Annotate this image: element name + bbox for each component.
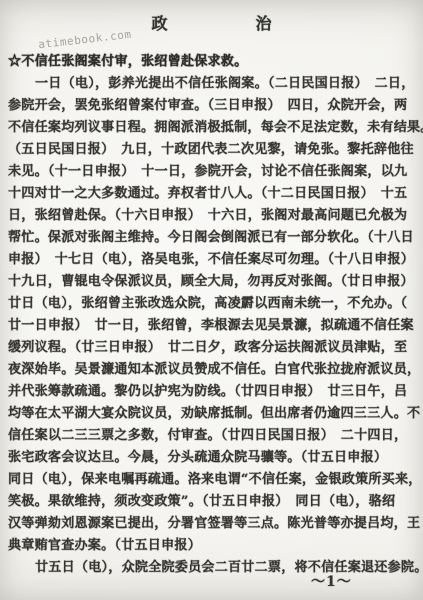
body-line: 夜深始毕。吴景濂通知本派议员赞成不信任。白官代张拉拢府派议员， [8, 359, 417, 381]
entry-headline: ☆不信任张阁案付审，张绍曾赴保求救。 [8, 51, 417, 73]
title-char-left: 政 [151, 11, 167, 34]
body-line: 张宅政客会议达旦。今晨，分头疏通众院马骧等。（廿五日申报） [8, 447, 417, 469]
body-line: 帮忙。保派对张阁主维持。今日阁会倒阁派已有一部分软化。（十八日 [8, 227, 417, 249]
body-line: 申报） 十七日（电），洛吴电张，不信任案尽可勿理。（十八日申报） [8, 249, 417, 271]
body-line: 日，张绍曾赴保。（十六日申报） 十六日，张阁对最高问题已允极为 [8, 205, 417, 227]
body-line: 信任案以二三三票之多数，付审查。（廿四日民国日报） 二十四日， [8, 425, 417, 447]
scanned-book-page: 政 治 atimebook.com ☆不信任张阁案付审，张绍曾赴保求救。 一日（… [0, 0, 423, 600]
body-line: 不信任案均列议事日程。拥阁派消极抵制，每会不足法定数，未有结果。 [8, 117, 417, 139]
body-line: 缓列议程。（廿三日申报） 廿二日夕，政客分运扶阁派议员津贴，至 [8, 337, 417, 359]
body-line: 汉等弹劾刘恩源案已提出，分署官签署等三点。陈光普等亦提吕均，王 [8, 513, 417, 535]
body-text-block: ☆不信任张阁案付审，张绍曾赴保求救。 一日（电），彭养光提出不信任张阁案。（二日… [8, 51, 417, 579]
page-number: ～1～ [311, 571, 352, 591]
body-line: 廿五日（电），众院全院委员会二百廿二票，将不信任案退还参院。 [8, 557, 417, 579]
body-line: 并代张筹款疏通。黎仍以护宪为防线。（廿四日申报） 廿三日午，吕 [8, 381, 417, 403]
body-line: 廿日（电），张绍曾主张改选众院，高凌霨以西南未统一，不允办。（ [8, 293, 417, 315]
title-char-right: 治 [256, 11, 272, 34]
body-line: 同日（电），保来电嘱再疏通。洛来电谓“不信任案，金银政策所买来， [8, 469, 417, 491]
body-line: 廿一日申报） 廿一日，张绍曾，李根源去见吴景濂，拟疏通不信任案 [8, 315, 417, 337]
page-title: 政 治 [0, 11, 423, 34]
body-lines: 一日（电），彭养光提出不信任张阁案。（二日民国日报） 二日，参院开会，罢免张绍曾… [8, 73, 417, 579]
body-line: 典章贿官查办案。（廿五日申报） [8, 535, 417, 557]
body-line: 十四对廿一之大多数通过。弃权者廿八人。（十二日民国日报） 十五 [8, 183, 417, 205]
body-line: （五日民国日报） 九日，十政团代表二次见黎，请免张。黎托辞他往 [8, 139, 417, 161]
body-line: 十九日，曹锟电令保派议员，顾全大局，勿再反对张阁。（廿日申报） [8, 271, 417, 293]
body-line: 均等在太平湖大宴众院议员，劝缺席抵制。但出席者仍逾四三三人。不 [8, 403, 417, 425]
body-line: 一日（电），彭养光提出不信任张阁案。（二日民国日报） 二日， [8, 73, 417, 95]
body-line: 笑极。果欲维持，须改变政策”。（廿五日申报） 同日（电），骆绍 [8, 491, 417, 513]
body-line: 未见。（十一日申报） 十一日，参院开会，讨论不信任张阁案，以九 [8, 161, 417, 183]
body-line: 参院开会，罢免张绍曾案付审查。（三日申报） 四日，众院开会，两 [8, 95, 417, 117]
